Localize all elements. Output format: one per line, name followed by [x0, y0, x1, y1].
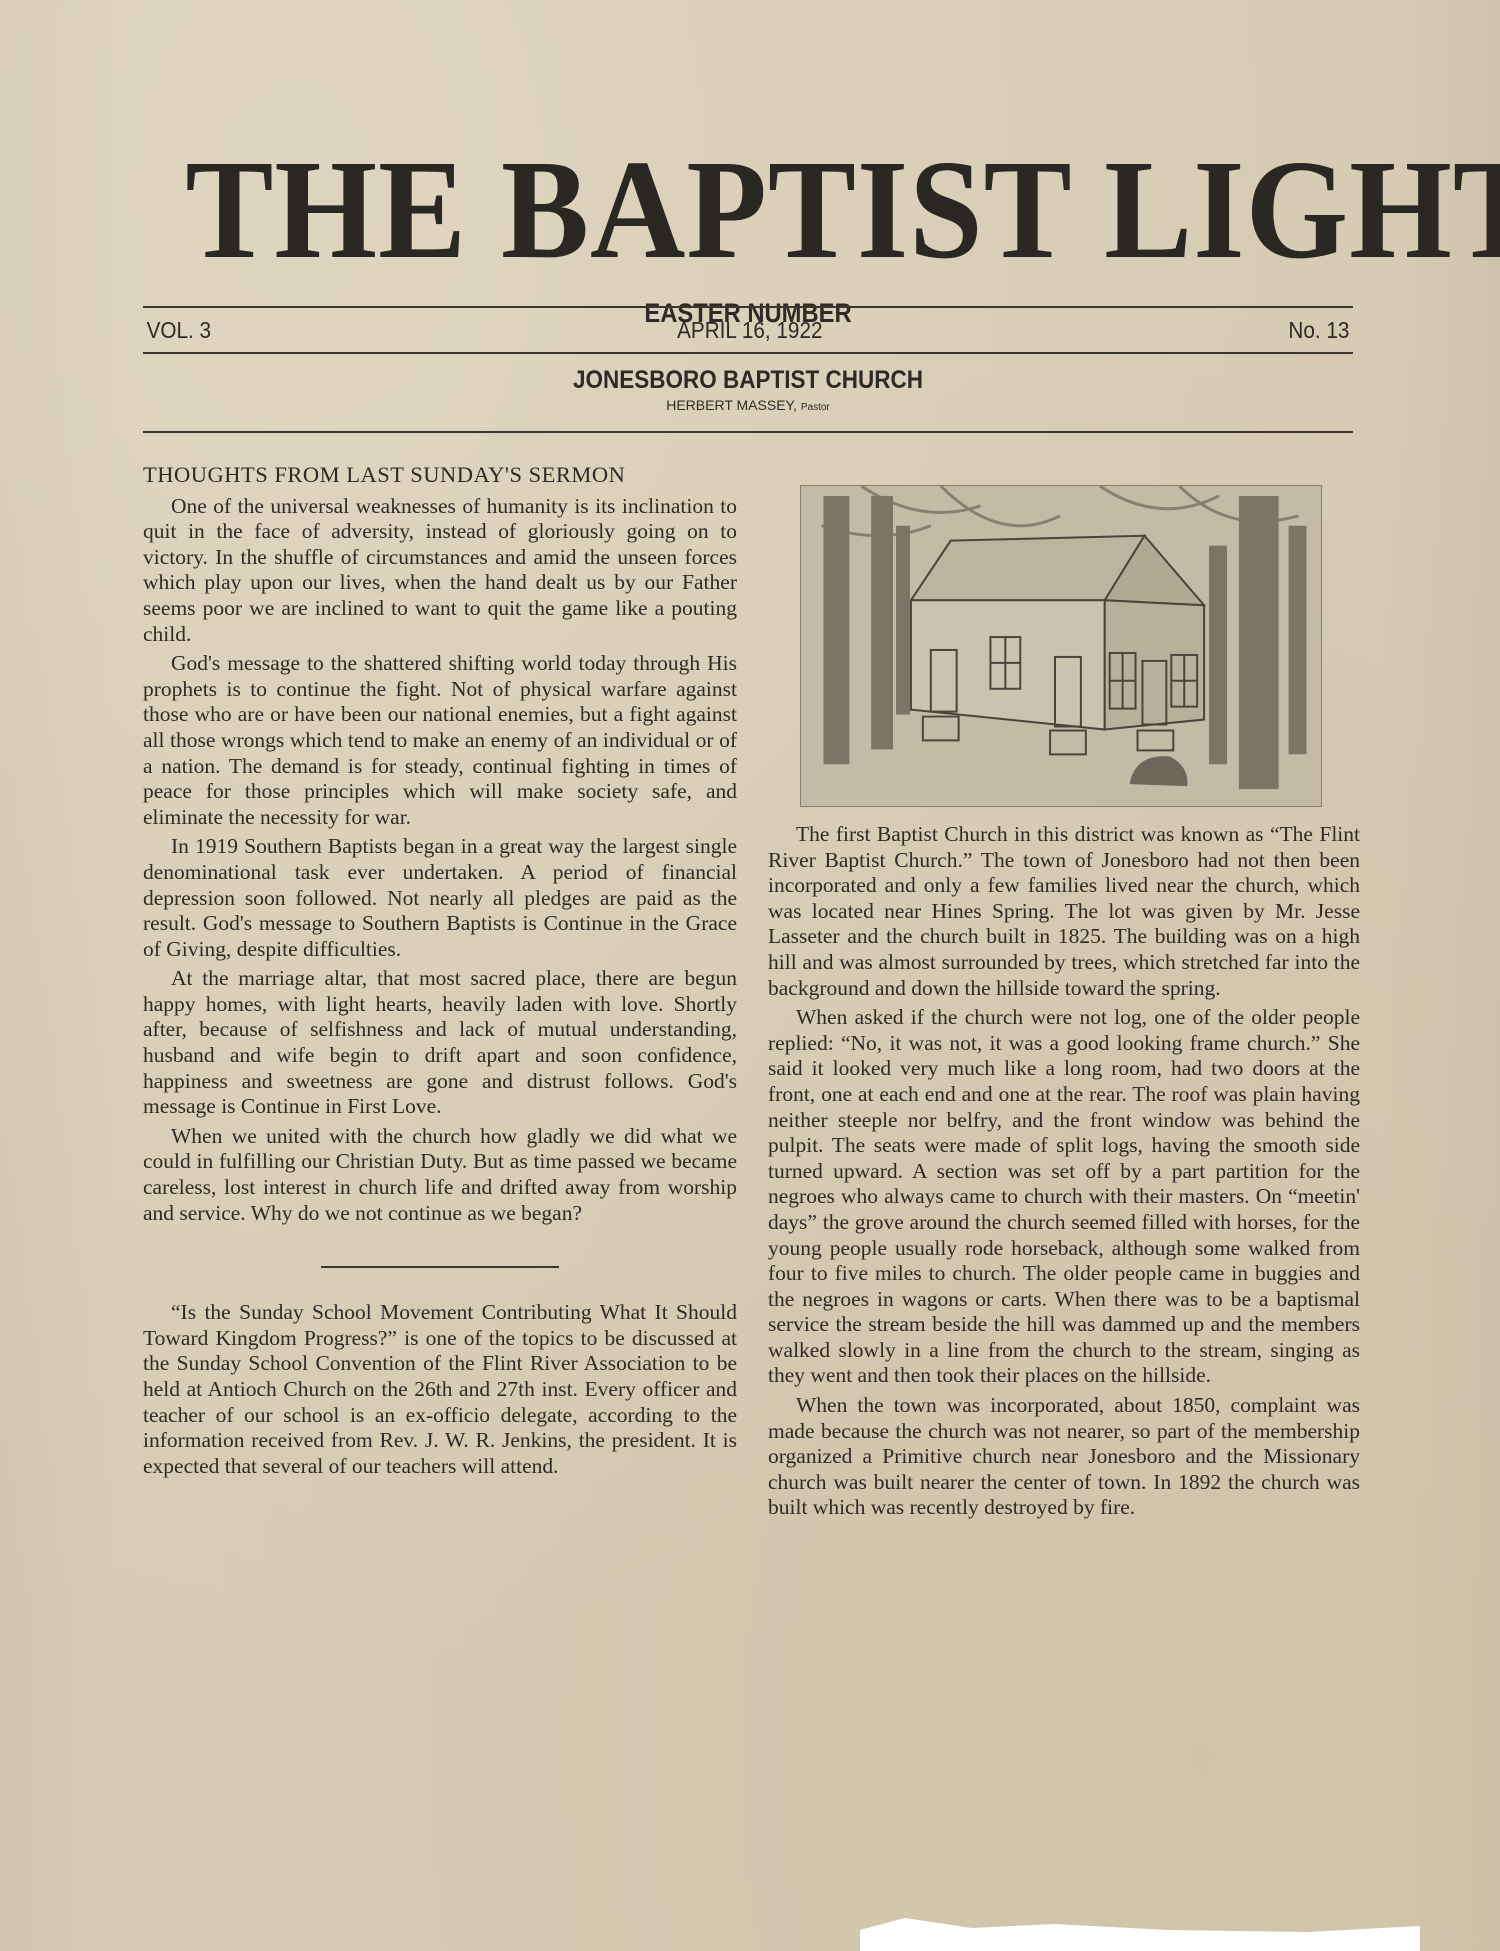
convention-notice: “Is the Sunday School Movement Contribut…	[143, 1300, 737, 1479]
church-name: JONESBORO BAPTIST CHURCH	[204, 366, 1293, 395]
church-sketch-icon	[801, 486, 1321, 806]
article-paragraph: One of the universal weaknesses of human…	[143, 494, 737, 648]
section-divider	[321, 1266, 559, 1268]
history-paragraph: When the town was incorporated, about 18…	[768, 1393, 1360, 1521]
church-illustration	[800, 485, 1322, 807]
article-paragraph: In 1919 Southern Baptists began in a gre…	[143, 834, 737, 962]
history-paragraph: The first Baptist Church in this distric…	[768, 822, 1360, 1001]
article-paragraph: When we united with the church how gladl…	[143, 1124, 737, 1226]
pastor-name: HERBERT MASSEY,	[666, 397, 797, 413]
issue-date: APRIL 16, 1922	[677, 317, 822, 344]
church-header: JONESBORO BAPTIST CHURCH HERBERT MASSEY,…	[143, 366, 1353, 413]
masthead: THE BAPTIST LIGHT EASTER NUMBER	[143, 138, 1353, 329]
article-paragraph: At the marriage altar, that most sacred …	[143, 966, 737, 1120]
divider-rule	[143, 352, 1353, 354]
pastor-line: HERBERT MASSEY, Pastor	[143, 397, 1353, 413]
article-paragraph: God's message to the shattered shifting …	[143, 651, 737, 830]
volume-label: VOL. 3	[147, 317, 211, 344]
issue-info-row: VOL. 3 APRIL 16, 1922 No. 13	[143, 317, 1353, 344]
issue-number: No. 13	[1289, 317, 1350, 344]
article-heading: THOUGHTS FROM LAST SUNDAY'S SERMON	[143, 462, 737, 488]
right-column: The first Baptist Church in this distric…	[768, 822, 1360, 1525]
history-paragraph: When asked if the church were not log, o…	[768, 1005, 1360, 1389]
left-column: THOUGHTS FROM LAST SUNDAY'S SERMON One o…	[143, 462, 737, 1483]
newspaper-title: THE BAPTIST LIGHT	[185, 138, 1310, 280]
pastor-title: Pastor	[801, 402, 830, 413]
divider-rule	[143, 306, 1353, 308]
divider-rule	[143, 431, 1353, 433]
torn-paper-edge	[860, 1918, 1420, 1951]
